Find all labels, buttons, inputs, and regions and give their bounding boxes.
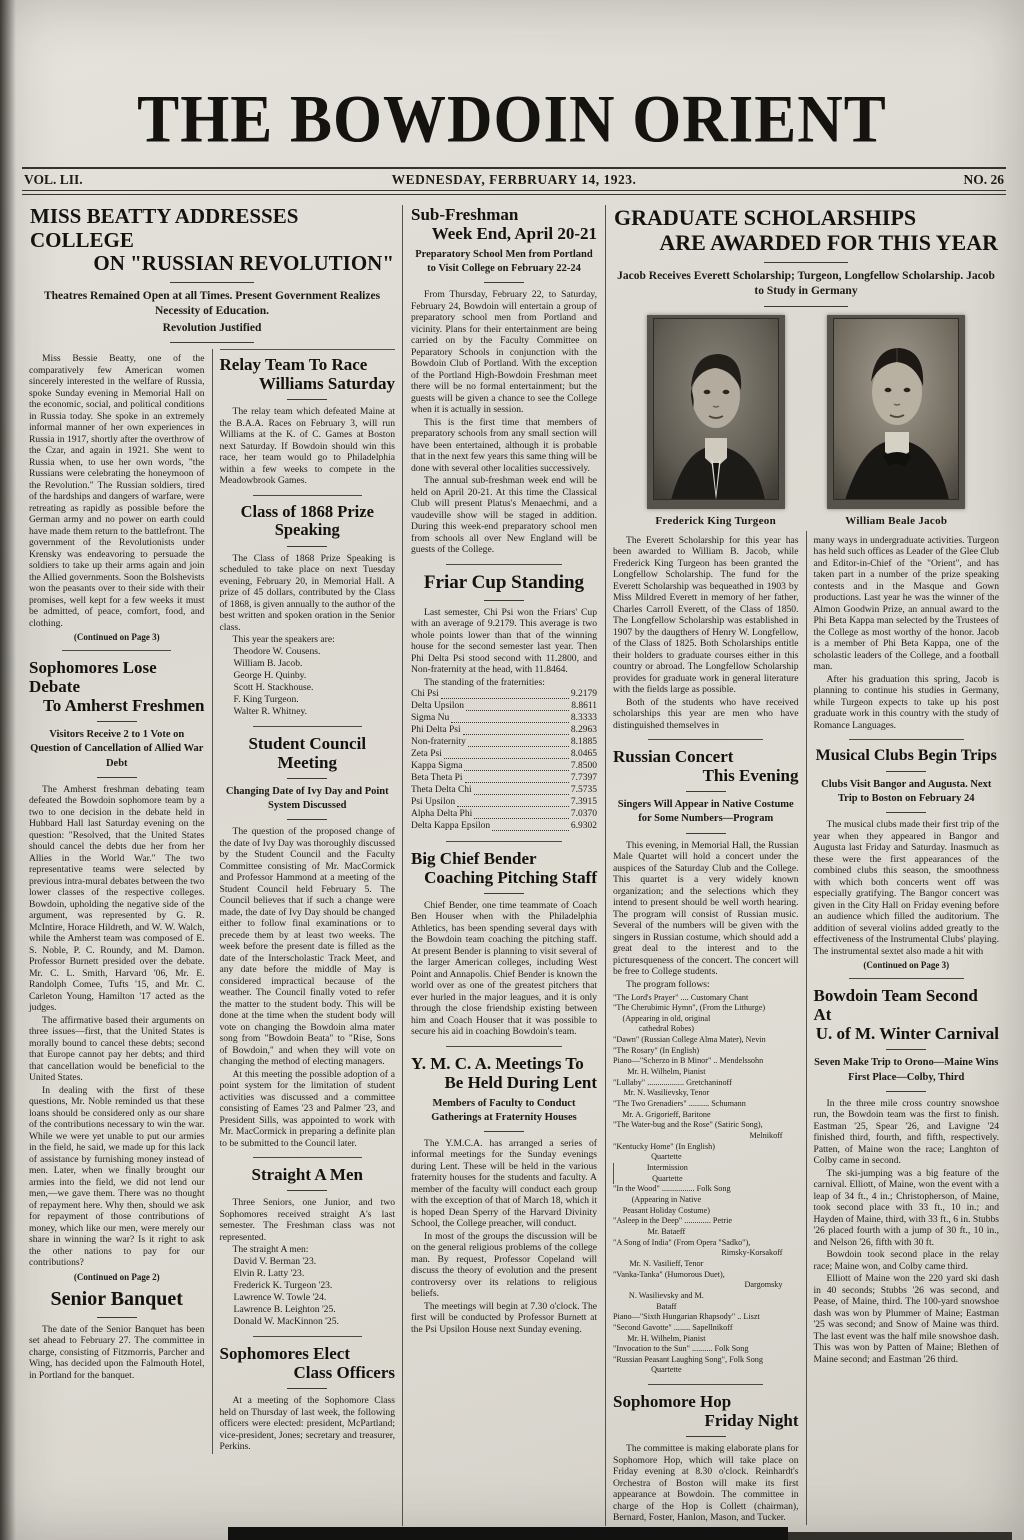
headline: GRADUATE SCHOLARSHIPS <box>614 205 998 230</box>
program-line: "The Two Grenadiers" .......... Schumann <box>613 1099 799 1110</box>
continued-notice: (Continued on Page 3) <box>29 632 205 642</box>
dateline-bar: VOL. LII. WEDNESDAY, FERBRUARY 14, 1923.… <box>22 167 1006 191</box>
photo-turgeon: Frederick King Turgeon <box>641 315 791 527</box>
standing-row: Theta Delta Chi 7.5735 <box>411 785 597 797</box>
scan-bottom-band <box>228 1527 788 1540</box>
article-paragraph: From Thursday, February 22, to Saturday,… <box>411 289 597 416</box>
article-paragraph: The Class of 1868 Prize Speaking is sche… <box>220 553 396 634</box>
headline: Senior Banquet <box>29 1288 205 1311</box>
list-item: Lawrence W. Towle '24. <box>220 1292 396 1304</box>
article-paragraph: The relay team which defeated Maine at t… <box>220 406 396 487</box>
article-paragraph: Three Seniors, one Junior, and two Sopho… <box>220 1197 396 1243</box>
dot-leader <box>441 698 569 699</box>
newspaper-title: THE BOWDOIN ORIENT <box>0 85 1024 153</box>
program-line: (Appearing in Native Peasant Holiday Cos… <box>613 1195 720 1216</box>
headline: Coaching Pitching Staff <box>411 868 597 887</box>
program-line: "The Rosary" (In English) <box>613 1046 799 1057</box>
fraternity-name: Alpha Delta Phi <box>411 809 472 821</box>
fraternity-average: 7.0370 <box>571 809 597 821</box>
fraternity-name: Zeta Psi <box>411 749 442 761</box>
scan-edge-shadow <box>0 0 16 1540</box>
program-line: Mr. N. Wasilievsky, Tenor <box>613 1088 720 1099</box>
article-senior-banquet: Senior Banquet The date of the Senior Ba… <box>29 1288 205 1382</box>
photo-caption: William Beale Jacob <box>821 515 971 527</box>
article-miss-beatty-head: MISS BEATTY ADDRESSES COLLEGE ON "RUSSIA… <box>22 205 402 343</box>
program-line: "Second Gavotte" ........ Sapellnikoff <box>613 1323 799 1334</box>
standing-row: Sigma Nu 8.3333 <box>411 713 597 725</box>
program-line: Quartette <box>613 1365 720 1376</box>
program-line: Mr. N. Vasilieff, Tenor <box>613 1259 720 1270</box>
dot-leader <box>444 758 569 759</box>
fraternity-name: Psi Upsilon <box>411 797 455 809</box>
headline: Be Held During Lent <box>411 1073 597 1092</box>
article-paragraph: Miss Bessie Beatty, one of the comparati… <box>29 353 205 629</box>
standing-row: Delta Upsilon 8.8611 <box>411 701 597 713</box>
program-line: "Asleep in the Deep" ............. Petri… <box>613 1216 799 1227</box>
deck: Jacob Receives Everett Scholarship; Turg… <box>614 269 998 300</box>
deck: Visitors Receive 2 to 1 Vote on Question… <box>29 728 205 771</box>
issue-number: NO. 26 <box>844 172 1004 188</box>
article-paragraph: The Y.M.C.A. has arranged a series of in… <box>411 1138 597 1230</box>
article-paragraph: The affirmative based their arguments on… <box>29 1015 205 1084</box>
fraternity-average: 8.3333 <box>571 713 597 725</box>
fraternity-average: 7.3915 <box>571 797 597 809</box>
article-paragraph: At a meeting of the Sophomore Class held… <box>220 1395 396 1453</box>
concert-program: "The Lord's Prayer" .... Customary Chant… <box>613 993 799 1377</box>
headline: U. of M. Winter Carnival <box>814 1024 1000 1043</box>
headline: Class of 1868 Prize Speaking <box>220 503 396 540</box>
article-paragraph: The Everett Scholarship for this year ha… <box>613 535 799 696</box>
column-5: many ways in undergraduate activities. T… <box>806 531 1007 1525</box>
turgeon-portrait-image <box>653 318 779 500</box>
photo-jacob: William Beale Jacob <box>821 315 971 527</box>
headline: Friday Night <box>613 1411 799 1430</box>
program-line: Mr. A. Grigorieff, Baritone <box>613 1110 720 1121</box>
article-paragraph: Last semester, Chi Psi won the Friars' C… <box>411 607 597 676</box>
article-paragraph: After his graduation this spring, Jacob … <box>814 674 1000 732</box>
article-paragraph: In the three mile cross country snowshoe… <box>814 1098 1000 1167</box>
portrait-photos: Frederick King Turgeon <box>610 315 1002 527</box>
program-line: Quartette <box>613 1174 721 1185</box>
list-item: Donald W. MacKinnon '25. <box>220 1316 396 1328</box>
fraternity-average: 7.7397 <box>571 773 597 785</box>
standing-row: Non-fraternity 8.1885 <box>411 737 597 749</box>
headline: Student Council Meeting <box>220 734 396 772</box>
portrait-photo <box>647 315 785 509</box>
masthead: THE BOWDOIN ORIENT <box>0 88 1024 151</box>
program-line: Quartette <box>613 1152 720 1163</box>
headline: Straight A Men <box>220 1165 396 1184</box>
headline: Williams Saturday <box>220 374 396 393</box>
deck: Changing Date of Ivy Day and Point Syste… <box>220 785 396 813</box>
dot-leader <box>465 782 569 783</box>
volume-label: VOL. LII. <box>24 172 184 188</box>
program-line: "A Song of India" (From Opera "Sadko"), <box>613 1238 799 1249</box>
fraternity-average: 8.1885 <box>571 737 597 749</box>
list-intro: This year the speakers are: <box>220 634 396 646</box>
article-grad-scholarships-cont: many ways in undergraduate activities. T… <box>814 535 1000 732</box>
program-line: "Invocation to the Sun" .......... Folk … <box>613 1344 799 1355</box>
fraternity-average: 6.9302 <box>571 821 597 833</box>
article-paragraph: The Amherst freshman debating team defea… <box>29 784 205 1014</box>
column-3: Sub-Freshman Week End, April 20-21 Prepa… <box>402 205 606 1526</box>
article-paragraph: This evening, in Memorial Hall, the Russ… <box>613 840 799 978</box>
article-grad-scholarships-head: GRADUATE SCHOLARSHIPS ARE AWARDED FOR TH… <box>606 205 1006 307</box>
straight-a-list: David V. Berman '23.Elvin R. Latty '23.F… <box>220 1256 396 1328</box>
program-line: "Dawn" (Russian College Alma Mater), Nev… <box>613 1035 799 1046</box>
dot-leader <box>474 794 569 795</box>
program-line: "The Lord's Prayer" .... Customary Chant <box>613 993 799 1004</box>
fraternity-average: 8.2963 <box>571 725 597 737</box>
fraternity-name: Beta Theta Pi <box>411 773 463 785</box>
program-line: "Kentucky Home" (In English) <box>613 1142 799 1153</box>
issue-date: WEDNESDAY, FERBRUARY 14, 1923. <box>184 172 844 188</box>
deck: Seven Make Trip to Orono—Maine Wins Firs… <box>814 1056 1000 1084</box>
standing-row: Kappa Sigma 7.8500 <box>411 761 597 773</box>
article-debate: Sophomores Lose Debate To Amherst Freshm… <box>29 658 205 1282</box>
dot-leader <box>468 746 569 747</box>
list-item: William B. Jacob. <box>220 658 396 670</box>
standing-row: Zeta Psi 8.0465 <box>411 749 597 761</box>
dot-leader <box>464 770 568 771</box>
column-2: Relay Team To Race Williams Saturday The… <box>212 349 403 1454</box>
standing-row: Chi Psi 9.2179 <box>411 689 597 701</box>
program-line: Dargomsky <box>613 1280 799 1291</box>
headline: To Amherst Freshmen <box>29 696 205 715</box>
photo-caption: Frederick King Turgeon <box>641 515 791 527</box>
program-line: "Lullaby" .................. Gretchanino… <box>613 1078 799 1089</box>
article-paragraph: Elliott of Maine won the 220 yard ski da… <box>814 1273 1000 1365</box>
article-grad-scholarships: The Everett Scholarship for this year ha… <box>613 535 799 732</box>
deck: Members of Faculty to Conduct Gatherings… <box>411 1097 597 1125</box>
list-item: Frederick K. Turgeon '23. <box>220 1280 396 1292</box>
list-item: Elvin R. Latty '23. <box>220 1268 396 1280</box>
fraternity-name: Theta Delta Chi <box>411 785 472 797</box>
standing-row: Psi Upsilon 7.3915 <box>411 797 597 809</box>
program-line: Piano—"Scherzo in B Minor" .. Mendelssoh… <box>613 1056 799 1067</box>
standing-row: Alpha Delta Phi 7.0370 <box>411 809 597 821</box>
fraternity-name: Chi Psi <box>411 689 439 701</box>
fraternity-average: 8.8611 <box>571 701 597 713</box>
headline: MISS BEATTY ADDRESSES COLLEGE <box>30 205 394 252</box>
dot-leader <box>457 806 569 807</box>
article-relay-team: Relay Team To Race Williams Saturday The… <box>220 349 396 487</box>
deck: Singers Will Appear in Native Costume fo… <box>613 798 799 826</box>
article-paragraph: At this meeting the possible adoption of… <box>220 1069 396 1150</box>
headline: Big Chief Bender <box>411 849 597 868</box>
article-sophomores-elect: Sophomores Elect Class Officers At a mee… <box>220 1344 396 1453</box>
article-russian-concert: Russian Concert This Evening Singers Wil… <box>613 747 799 1376</box>
scan-bottom-band-light <box>788 1532 1012 1540</box>
article-chief-bender: Big Chief Bender Coaching Pitching Staff… <box>411 849 597 1038</box>
list-item: Lawrence B. Leighton '25. <box>220 1304 396 1316</box>
list-item: Scott H. Stackhouse. <box>220 682 396 694</box>
headline: Russian Concert <box>613 747 799 766</box>
deck: Preparatory School Men from Portland to … <box>411 248 597 276</box>
list-item: Walter R. Whitney. <box>220 706 396 718</box>
article-sophomore-hop: Sophomore Hop Friday Night The committee… <box>613 1392 799 1524</box>
headline: Sub-Freshman <box>411 205 597 224</box>
article-ymca: Y. M. C. A. Meetings To Be Held During L… <box>411 1054 597 1336</box>
headline: Sophomore Hop <box>613 1392 799 1411</box>
headline: Friar Cup Standing <box>411 572 597 594</box>
dot-leader <box>492 830 569 831</box>
standing-row: Beta Theta Pi 7.7397 <box>411 773 597 785</box>
article-friar-cup: Friar Cup Standing Last semester, Chi Ps… <box>411 572 597 833</box>
dot-leader <box>463 734 569 735</box>
program-line: "Russian Peasant Laughing Song", Folk So… <box>613 1355 799 1366</box>
article-paragraph: In dealing with the first of these quest… <box>29 1085 205 1269</box>
portrait-photo <box>827 315 965 509</box>
list-item: David V. Berman '23. <box>220 1256 396 1268</box>
headline: Class Officers <box>220 1363 396 1382</box>
article-miss-beatty: Miss Bessie Beatty, one of the comparati… <box>29 353 205 642</box>
article-paragraph: This is the first time that members of p… <box>411 417 597 475</box>
article-paragraph: The musical clubs made their first trip … <box>814 819 1000 957</box>
dot-leader <box>474 818 569 819</box>
program-line: "The Water-bug and the Rose" (Satiric So… <box>613 1120 799 1131</box>
continued-notice: (Continued on Page 2) <box>29 1272 205 1282</box>
article-straight-a: Straight A Men Three Seniors, one Junior… <box>220 1165 396 1328</box>
jacob-portrait-image <box>833 318 959 500</box>
article-paragraph: The committee is making elaborate plans … <box>613 1443 799 1524</box>
deck: Revolution Justified <box>30 321 394 337</box>
article-paragraph: The ski-jumping was a big feature of the… <box>814 1168 1000 1249</box>
article-paragraph: The meetings will begin at 7.30 o'clock.… <box>411 1301 597 1336</box>
speakers-list: Theodore W. Cousens.William B. Jacob.Geo… <box>220 646 396 718</box>
headline: Y. M. C. A. Meetings To <box>411 1054 597 1073</box>
program-line: (Appearing in old, original cathedral Ro… <box>613 1014 720 1035</box>
fraternity-name: Delta Upsilon <box>411 701 464 713</box>
standing-row: Phi Delta Psi 8.2963 <box>411 725 597 737</box>
headline: Week End, April 20-21 <box>411 224 597 243</box>
program-line: Piano—"Sixth Hungarian Rhapsody" .. Lisz… <box>613 1312 799 1323</box>
headline: This Evening <box>613 766 799 785</box>
article-paragraph: Chief Bender, one time teammate of Coach… <box>411 900 597 1038</box>
list-intro: The straight A men: <box>220 1244 396 1256</box>
headline: Musical Clubs Begin Trips <box>814 747 1000 765</box>
column-1: Miss Bessie Beatty, one of the comparati… <box>22 349 212 1454</box>
article-paragraph: In most of the groups the discussion wil… <box>411 1231 597 1300</box>
article-winter-carnival: Bowdoin Team Second At U. of M. Winter C… <box>814 986 1000 1365</box>
dot-leader <box>466 710 569 711</box>
program-line: Rimsky-Korsakoff <box>613 1248 799 1259</box>
list-intro: The program follows: <box>613 979 799 991</box>
fraternity-name: Delta Kappa Epsilon <box>411 821 490 833</box>
article-prize-speaking: Class of 1868 Prize Speaking The Class o… <box>220 503 396 718</box>
fraternity-average: 7.5735 <box>571 785 597 797</box>
headline: Bowdoin Team Second At <box>814 986 1000 1024</box>
article-paragraph: The question of the proposed change of t… <box>220 826 396 1068</box>
column-4: The Everett Scholarship for this year ha… <box>606 531 806 1525</box>
list-item: F. King Turgeon. <box>220 694 396 706</box>
article-paragraph: Both of the students who have received s… <box>613 697 799 732</box>
fraternity-name: Phi Delta Psi <box>411 725 461 737</box>
standing-row: Delta Kappa Epsilon 6.9302 <box>411 821 597 833</box>
article-musical-clubs: Musical Clubs Begin Trips Clubs Visit Ba… <box>814 747 1000 970</box>
headline: ARE AWARDED FOR THIS YEAR <box>614 230 998 255</box>
article-paragraph: The annual sub-freshman week end will be… <box>411 475 597 556</box>
fraternity-average: 9.2179 <box>571 689 597 701</box>
headline: ON "RUSSIAN REVOLUTION" <box>30 252 394 276</box>
fraternity-standings: Chi Psi 9.2179 Delta Upsilon 8.8611 Sigm… <box>411 689 597 833</box>
deck: Clubs Visit Bangor and Augusta. Next Tri… <box>814 778 1000 806</box>
list-item: George H. Quinby. <box>220 670 396 682</box>
article-paragraph: many ways in undergraduate activities. T… <box>814 535 1000 673</box>
program-line: N. Wasilievsky and M. Bataff <box>613 1291 720 1312</box>
list-item: Theodore W. Cousens. <box>220 646 396 658</box>
program-line: Mr. H. Wilhelm, Pianist <box>613 1334 720 1345</box>
program-line: Intermission <box>613 1163 721 1174</box>
article-subfreshman: Sub-Freshman Week End, April 20-21 Prepa… <box>411 205 597 556</box>
program-line: Mr. H. Wilhelm, Pianist <box>613 1067 720 1078</box>
program-line: Melnikoff <box>613 1131 799 1142</box>
article-paragraph: Bowdoin took second place in the relay r… <box>814 1249 1000 1272</box>
program-line: "The Cherubimic Hymn", (From the Lithurg… <box>613 1003 799 1014</box>
newspaper-page: THE BOWDOIN ORIENT VOL. LII. WEDNESDAY, … <box>0 0 1024 1540</box>
program-line: "In the Wood" ................ Folk Song <box>613 1184 799 1195</box>
continued-notice: (Continued on Page 3) <box>814 960 1000 970</box>
left-column-group: MISS BEATTY ADDRESSES COLLEGE ON "RUSSIA… <box>22 205 402 1526</box>
fraternity-name: Sigma Nu <box>411 713 449 725</box>
fraternity-name: Non-fraternity <box>411 737 466 749</box>
headline: Relay Team To Race <box>220 355 396 374</box>
fraternity-average: 8.0465 <box>571 749 597 761</box>
page-columns: MISS BEATTY ADDRESSES COLLEGE ON "RUSSIA… <box>22 205 1006 1526</box>
headline: Sophomores Lose Debate <box>29 658 205 696</box>
right-column-group: GRADUATE SCHOLARSHIPS ARE AWARDED FOR TH… <box>606 205 1006 1526</box>
list-intro: The standing of the fraternities: <box>411 677 597 689</box>
article-student-council: Student Council Meeting Changing Date of… <box>220 734 396 1149</box>
article-paragraph: The date of the Senior Banquet has been … <box>29 1324 205 1382</box>
fraternity-average: 7.8500 <box>571 761 597 773</box>
dot-leader <box>451 722 569 723</box>
headline: Sophomores Elect <box>220 1344 396 1363</box>
program-line: Mr. Bataeff <box>613 1227 720 1238</box>
program-line: "Vanka-Tanka" (Humorous Duet), <box>613 1270 799 1281</box>
fraternity-name: Kappa Sigma <box>411 761 462 773</box>
deck: Theatres Remained Open at all Times. Pre… <box>30 289 394 320</box>
